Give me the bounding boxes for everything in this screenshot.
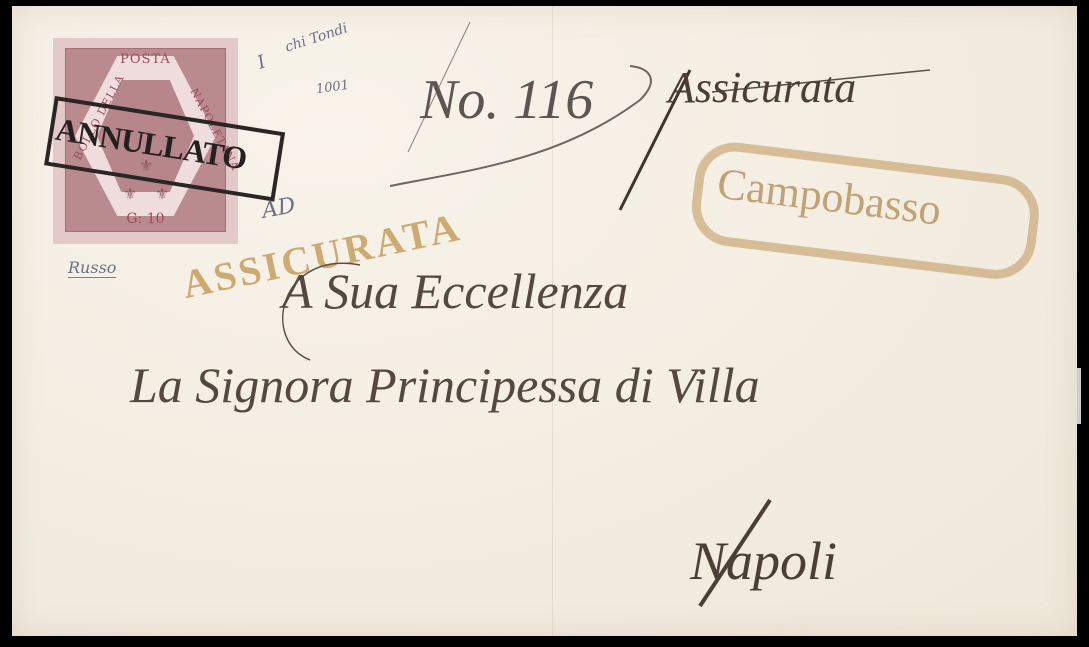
registration-number: No. 116 [420,68,593,132]
address-line-1: A Sua Eccellenza [282,262,628,320]
destination-city: Napoli [690,530,837,592]
registered-note: Assicurata [668,62,856,113]
address-line-2: La Signora Principessa di Villa [130,356,760,414]
